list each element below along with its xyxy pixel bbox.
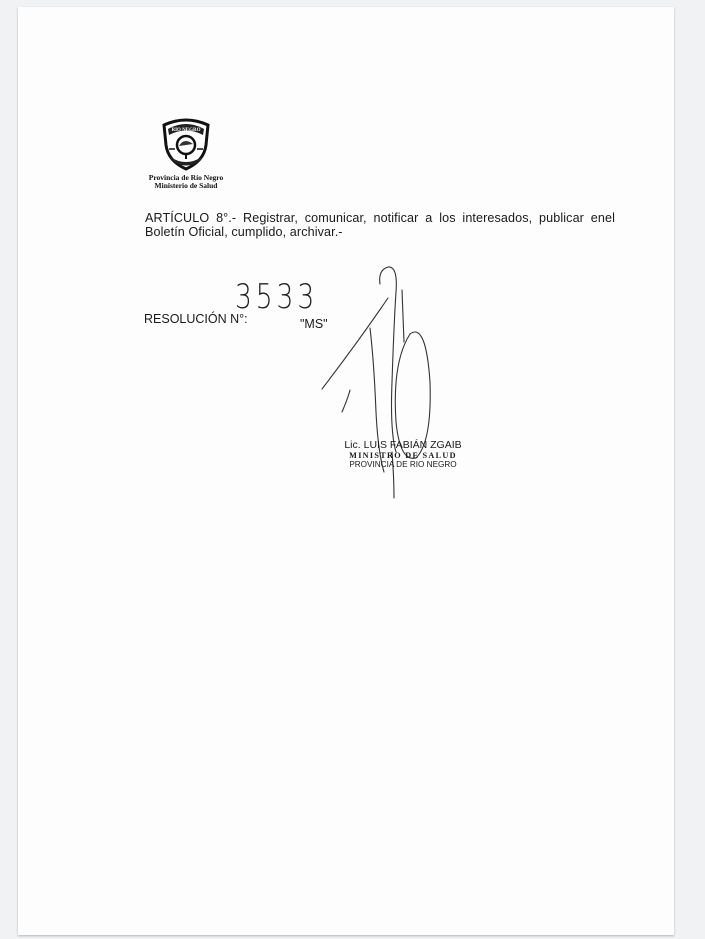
article-line-2: Boletín Oficial, cumplido, archivar.- (145, 225, 615, 239)
resolution-number: 3533 (235, 277, 318, 317)
letterhead: RIO NEGRO Provincia de Río Negro Ministe… (146, 115, 226, 190)
signer-province: PROVINCIA DE RIO NEGRO (338, 460, 468, 469)
signature-block: Lic. LUIS FABIÁN ZGAIB MINISTRO DE SALUD… (338, 440, 468, 469)
article-line-1: ARTÍCULO 8°.- Registrar, comunicar, noti… (145, 211, 615, 225)
rio-negro-coat-of-arms-icon: RIO NEGRO (160, 115, 212, 171)
signer-name: Lic. LUIS FABIÁN ZGAIB (338, 440, 468, 451)
signer-title: MINISTRO DE SALUD (338, 451, 468, 460)
article-8: ARTÍCULO 8°.- Registrar, comunicar, noti… (145, 211, 615, 239)
svg-text:RIO NEGRO: RIO NEGRO (171, 128, 200, 133)
letterhead-ministry: Ministerio de Salud (146, 182, 226, 190)
resolution-label: RESOLUCIÓN N°: (144, 312, 248, 326)
document-page: RIO NEGRO Provincia de Río Negro Ministe… (18, 7, 674, 935)
